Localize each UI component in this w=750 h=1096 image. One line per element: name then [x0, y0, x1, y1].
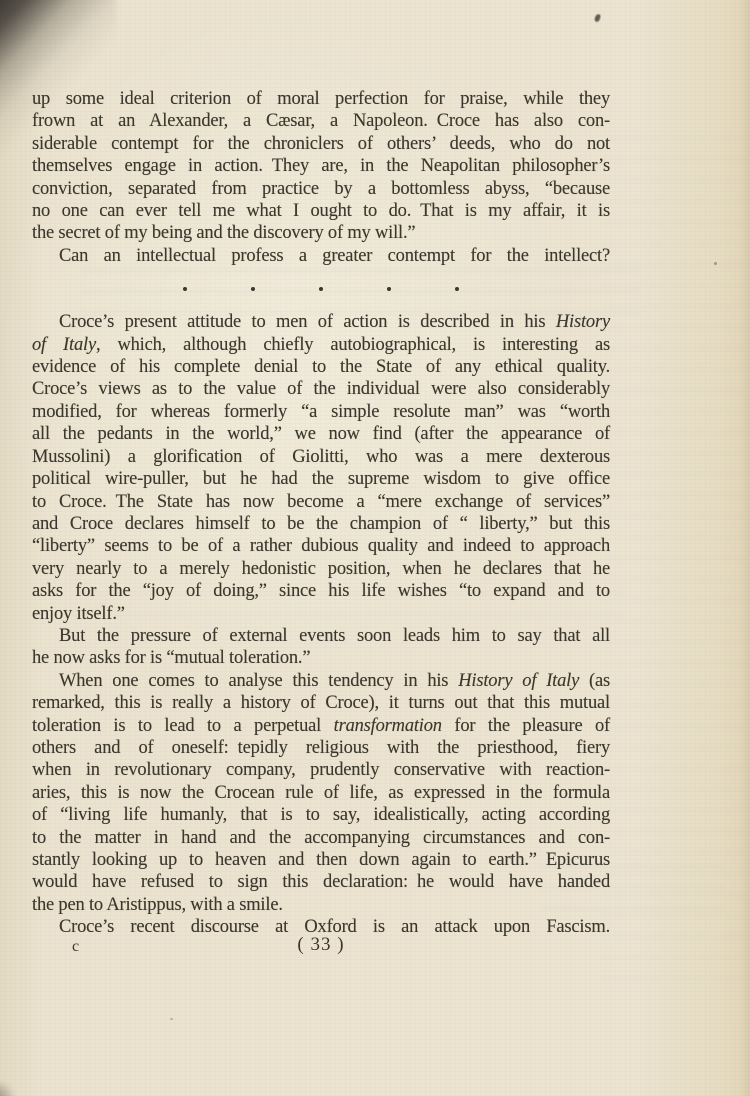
ink-speck [714, 262, 717, 265]
text-line: and Croce declares himself to be the cha… [32, 513, 610, 535]
text-line: he now asks for is “mutual toleration.” [32, 647, 610, 669]
paragraph: Can an intellectual profess a greater co… [32, 245, 610, 267]
italic-text: History [556, 312, 610, 332]
text-line: very nearly to a merely hedonistic posit… [32, 558, 610, 580]
text-line: asks for the “joy of doing,” since his l… [32, 580, 610, 602]
italic-text: History of Italy [458, 671, 579, 691]
text-line: modified, for whereas formerly “a simple… [32, 401, 610, 423]
text-line: themselves engage in action. They are, i… [32, 155, 610, 177]
text-line: when in revolutionary company, prudently… [32, 759, 610, 781]
separator-dot [319, 287, 323, 291]
text-line: remarked, this is really a history of Cr… [32, 692, 610, 714]
section-separator [32, 267, 610, 311]
paragraph: up some ideal criterion of moral perfect… [32, 88, 610, 245]
text-line: would have refused to sign this declarat… [32, 871, 610, 893]
text-line: the pen to Aristippus, with a smile. [32, 894, 610, 916]
paragraph: But the pressure of external events soon… [32, 625, 610, 670]
page-footer: c ( 33 ) [32, 934, 610, 958]
text-line: up some ideal criterion of moral perfect… [32, 88, 610, 110]
show-through-smudge [600, 130, 745, 980]
ink-speck [170, 1018, 173, 1020]
page-text-block: up some ideal criterion of moral perfect… [32, 88, 610, 939]
body-text: up some ideal criterion of moral perfect… [32, 88, 610, 939]
italic-text: of Italy [32, 335, 96, 355]
text-line: “liberty” seems to be of a rather dubiou… [32, 535, 610, 557]
paragraph: Croce’s present attitude to men of actio… [32, 311, 610, 625]
text-line: conviction, separated from practice by a… [32, 178, 610, 200]
italic-text: transformation [334, 716, 442, 736]
text-line: But the pressure of external events soon… [32, 625, 610, 647]
text-line: the secret of my being and the discovery… [32, 222, 610, 244]
text-line: toleration is to lead to a perpetual tra… [32, 715, 610, 737]
text-line: political wire-puller, but he had the su… [32, 468, 610, 490]
text-line: Can an intellectual profess a greater co… [32, 245, 610, 267]
text-line: all the pedants in the world,” we now fi… [32, 423, 610, 445]
ink-speck [594, 13, 601, 22]
scan-shadow-bottom-left [0, 1082, 20, 1096]
text-line: Mussolini) a glorification of Giolitti, … [32, 446, 610, 468]
text-line: When one comes to analyse this tendency … [32, 670, 610, 692]
page-number: ( 33 ) [32, 934, 610, 956]
text-line: siderable contempt for the chroniclers o… [32, 133, 610, 155]
text-line: of Italy, which, although chiefly autobi… [32, 334, 610, 356]
paragraph: When one comes to analyse this tendency … [32, 670, 610, 916]
separator-dot [183, 287, 187, 291]
text-line: enjoy itself.” [32, 603, 610, 625]
separator-dot [251, 287, 255, 291]
text-line: aries, this is now the Crocean rule of l… [32, 782, 610, 804]
separator-dot [455, 287, 459, 291]
text-line: stantly looking up to heaven and then do… [32, 849, 610, 871]
book-page: up some ideal criterion of moral perfect… [0, 0, 750, 1096]
text-line: evidence of his complete denial to the S… [32, 356, 610, 378]
text-line: others and of oneself: tepidly religious… [32, 737, 610, 759]
separator-dot [387, 287, 391, 291]
text-line: Croce’s views as to the value of the ind… [32, 378, 610, 400]
text-line: to Croce. The State has now become a “me… [32, 491, 610, 513]
page-curve-shading [740, 0, 750, 1096]
text-line: to the matter in hand and the accompanyi… [32, 827, 610, 849]
text-line: Croce’s present attitude to men of actio… [32, 311, 610, 333]
text-line: of “living life humanly, that is to say,… [32, 804, 610, 826]
text-line: no one can ever tell me what I ought to … [32, 200, 610, 222]
text-line: frown at an Alexander, a Cæsar, a Napole… [32, 110, 610, 132]
